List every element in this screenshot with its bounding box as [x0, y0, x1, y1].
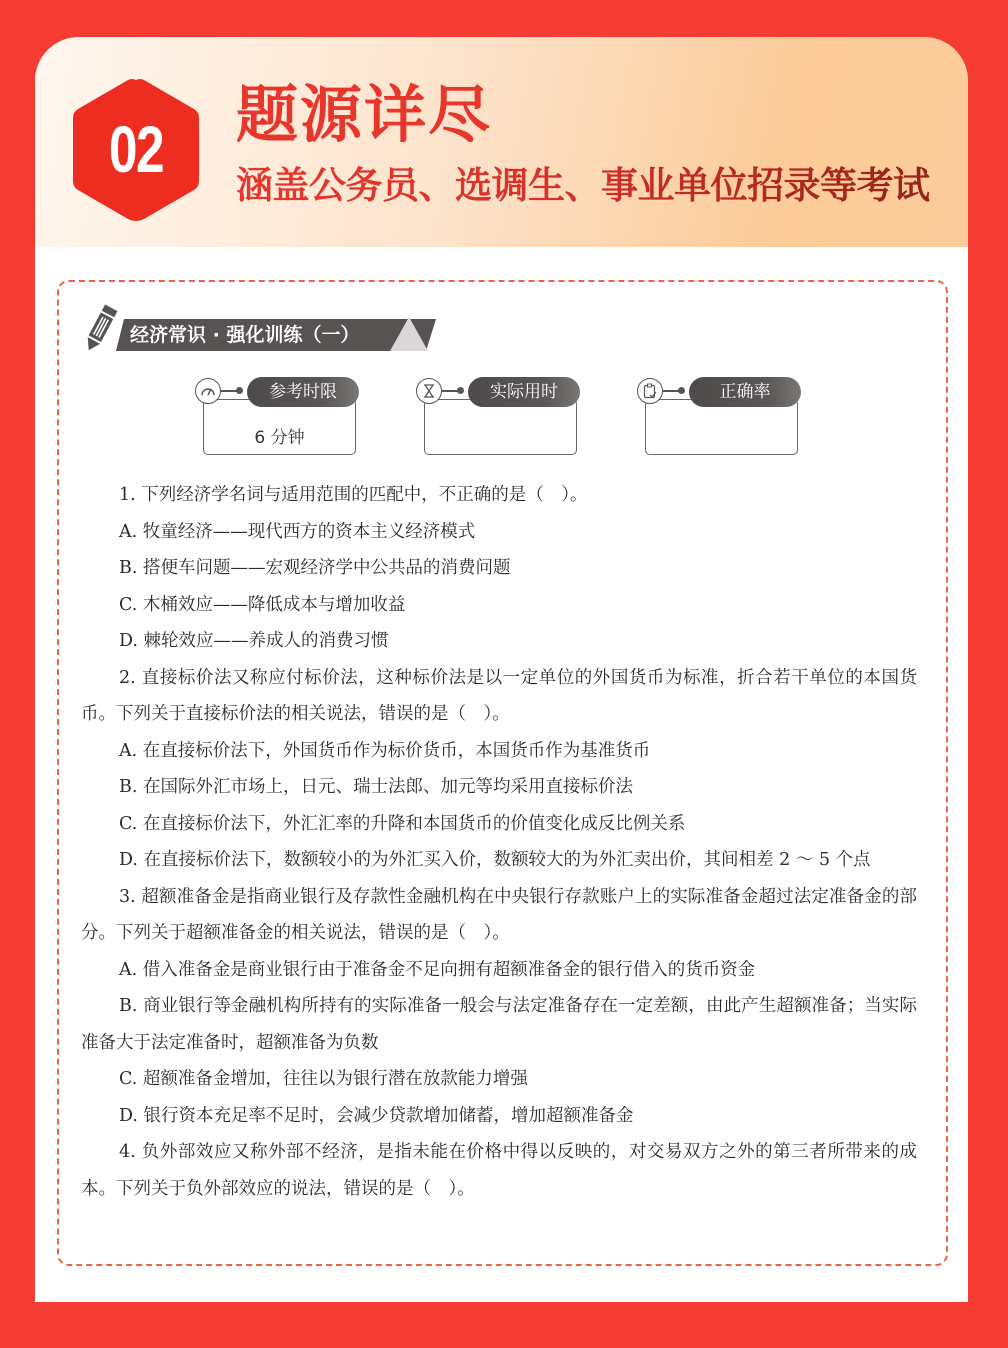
question-option: A. 在直接标价法下，外国货币作为标价货币，本国货币作为基准货币 [81, 733, 917, 770]
page-title: 题源详尽 [236, 75, 492, 155]
question-option: B. 搭便车问题——宏观经济学中公共品的消费问题 [81, 550, 917, 587]
question-option: A. 牧童经济——现代西方的资本主义经济模式 [81, 514, 917, 551]
question-option: A. 借入准备金是商业银行由于准备金不足向拥有超额准备金的银行借入的货币资金 [81, 952, 917, 989]
question-option: C. 木桶效应——降低成本与增加收益 [81, 587, 917, 624]
page-card: 02 题源详尽 涵盖公务员、选调生、事业单位招录等考试 经济常识 · 强化训练（… [35, 37, 968, 1302]
stat-value: 6 分钟 [203, 423, 356, 448]
badge-number: 02 [86, 78, 186, 221]
connector-dot [678, 387, 685, 394]
question-list: 1. 下列经济学名词与适用范围的匹配中，不正确的是（ ）。 A. 牧童经济——现… [81, 477, 917, 1207]
question-option: B. 商业银行等金融机构所持有的实际准备一般会与法定准备存在一定差额，由此产生超… [81, 988, 917, 1061]
section-banner: 经济常识 · 强化训练（一） [80, 303, 440, 355]
question-option: D. 银行资本充足率不足时，会减少贷款增加储蓄，增加超额准备金 [81, 1098, 917, 1135]
stat-time-limit: 参考时限 6 分钟 [197, 377, 367, 457]
question-option: C. 超额准备金增加，往往以为银行潜在放款能力增强 [81, 1061, 917, 1098]
section-title: 经济常识 · 强化训练（一） [130, 319, 359, 351]
connector-dot [236, 387, 243, 394]
speedometer-icon [195, 378, 221, 404]
page-subtitle: 涵盖公务员、选调生、事业单位招录等考试 [236, 161, 930, 211]
pencil-icon [80, 303, 120, 355]
connector-dot [457, 387, 464, 394]
question-option: B. 在国际外汇市场上，日元、瑞士法郎、加元等均采用直接标价法 [81, 769, 917, 806]
stat-label: 参考时限 [247, 377, 359, 407]
question-stem: 3. 超额准备金是指商业银行及存款性金融机构在中央银行存款账户上的实际准备金超过… [81, 879, 917, 952]
stat-actual-time: 实际用时 [418, 377, 588, 457]
stat-label: 实际用时 [468, 377, 580, 407]
hourglass-icon [416, 378, 442, 404]
question-stem: 1. 下列经济学名词与适用范围的匹配中，不正确的是（ ）。 [81, 477, 917, 514]
question-stem: 2. 直接标价法又称应付标价法，这种标价法是以一定单位的外国货币为标准，折合若干… [81, 660, 917, 733]
stat-box [645, 399, 798, 455]
stat-box [424, 399, 577, 455]
clipboard-check-icon [637, 378, 663, 404]
question-option: D. 在直接标价法下，数额较小的为外汇买入价，数额较大的为外汇卖出价，其间相差 … [81, 842, 917, 879]
number-badge: 02 [72, 78, 200, 221]
stat-label: 正确率 [689, 377, 801, 407]
question-option: D. 棘轮效应——养成人的消费习惯 [81, 623, 917, 660]
stat-accuracy: 正确率 [639, 377, 809, 457]
question-stem: 4. 负外部效应又称外部不经济，是指未能在价格中得以反映的，对交易双方之外的第三… [81, 1134, 917, 1207]
question-option: C. 在直接标价法下，外汇汇率的升降和本国货币的价值变化成反比例关系 [81, 806, 917, 843]
header-banner: 02 题源详尽 涵盖公务员、选调生、事业单位招录等考试 [35, 37, 968, 247]
